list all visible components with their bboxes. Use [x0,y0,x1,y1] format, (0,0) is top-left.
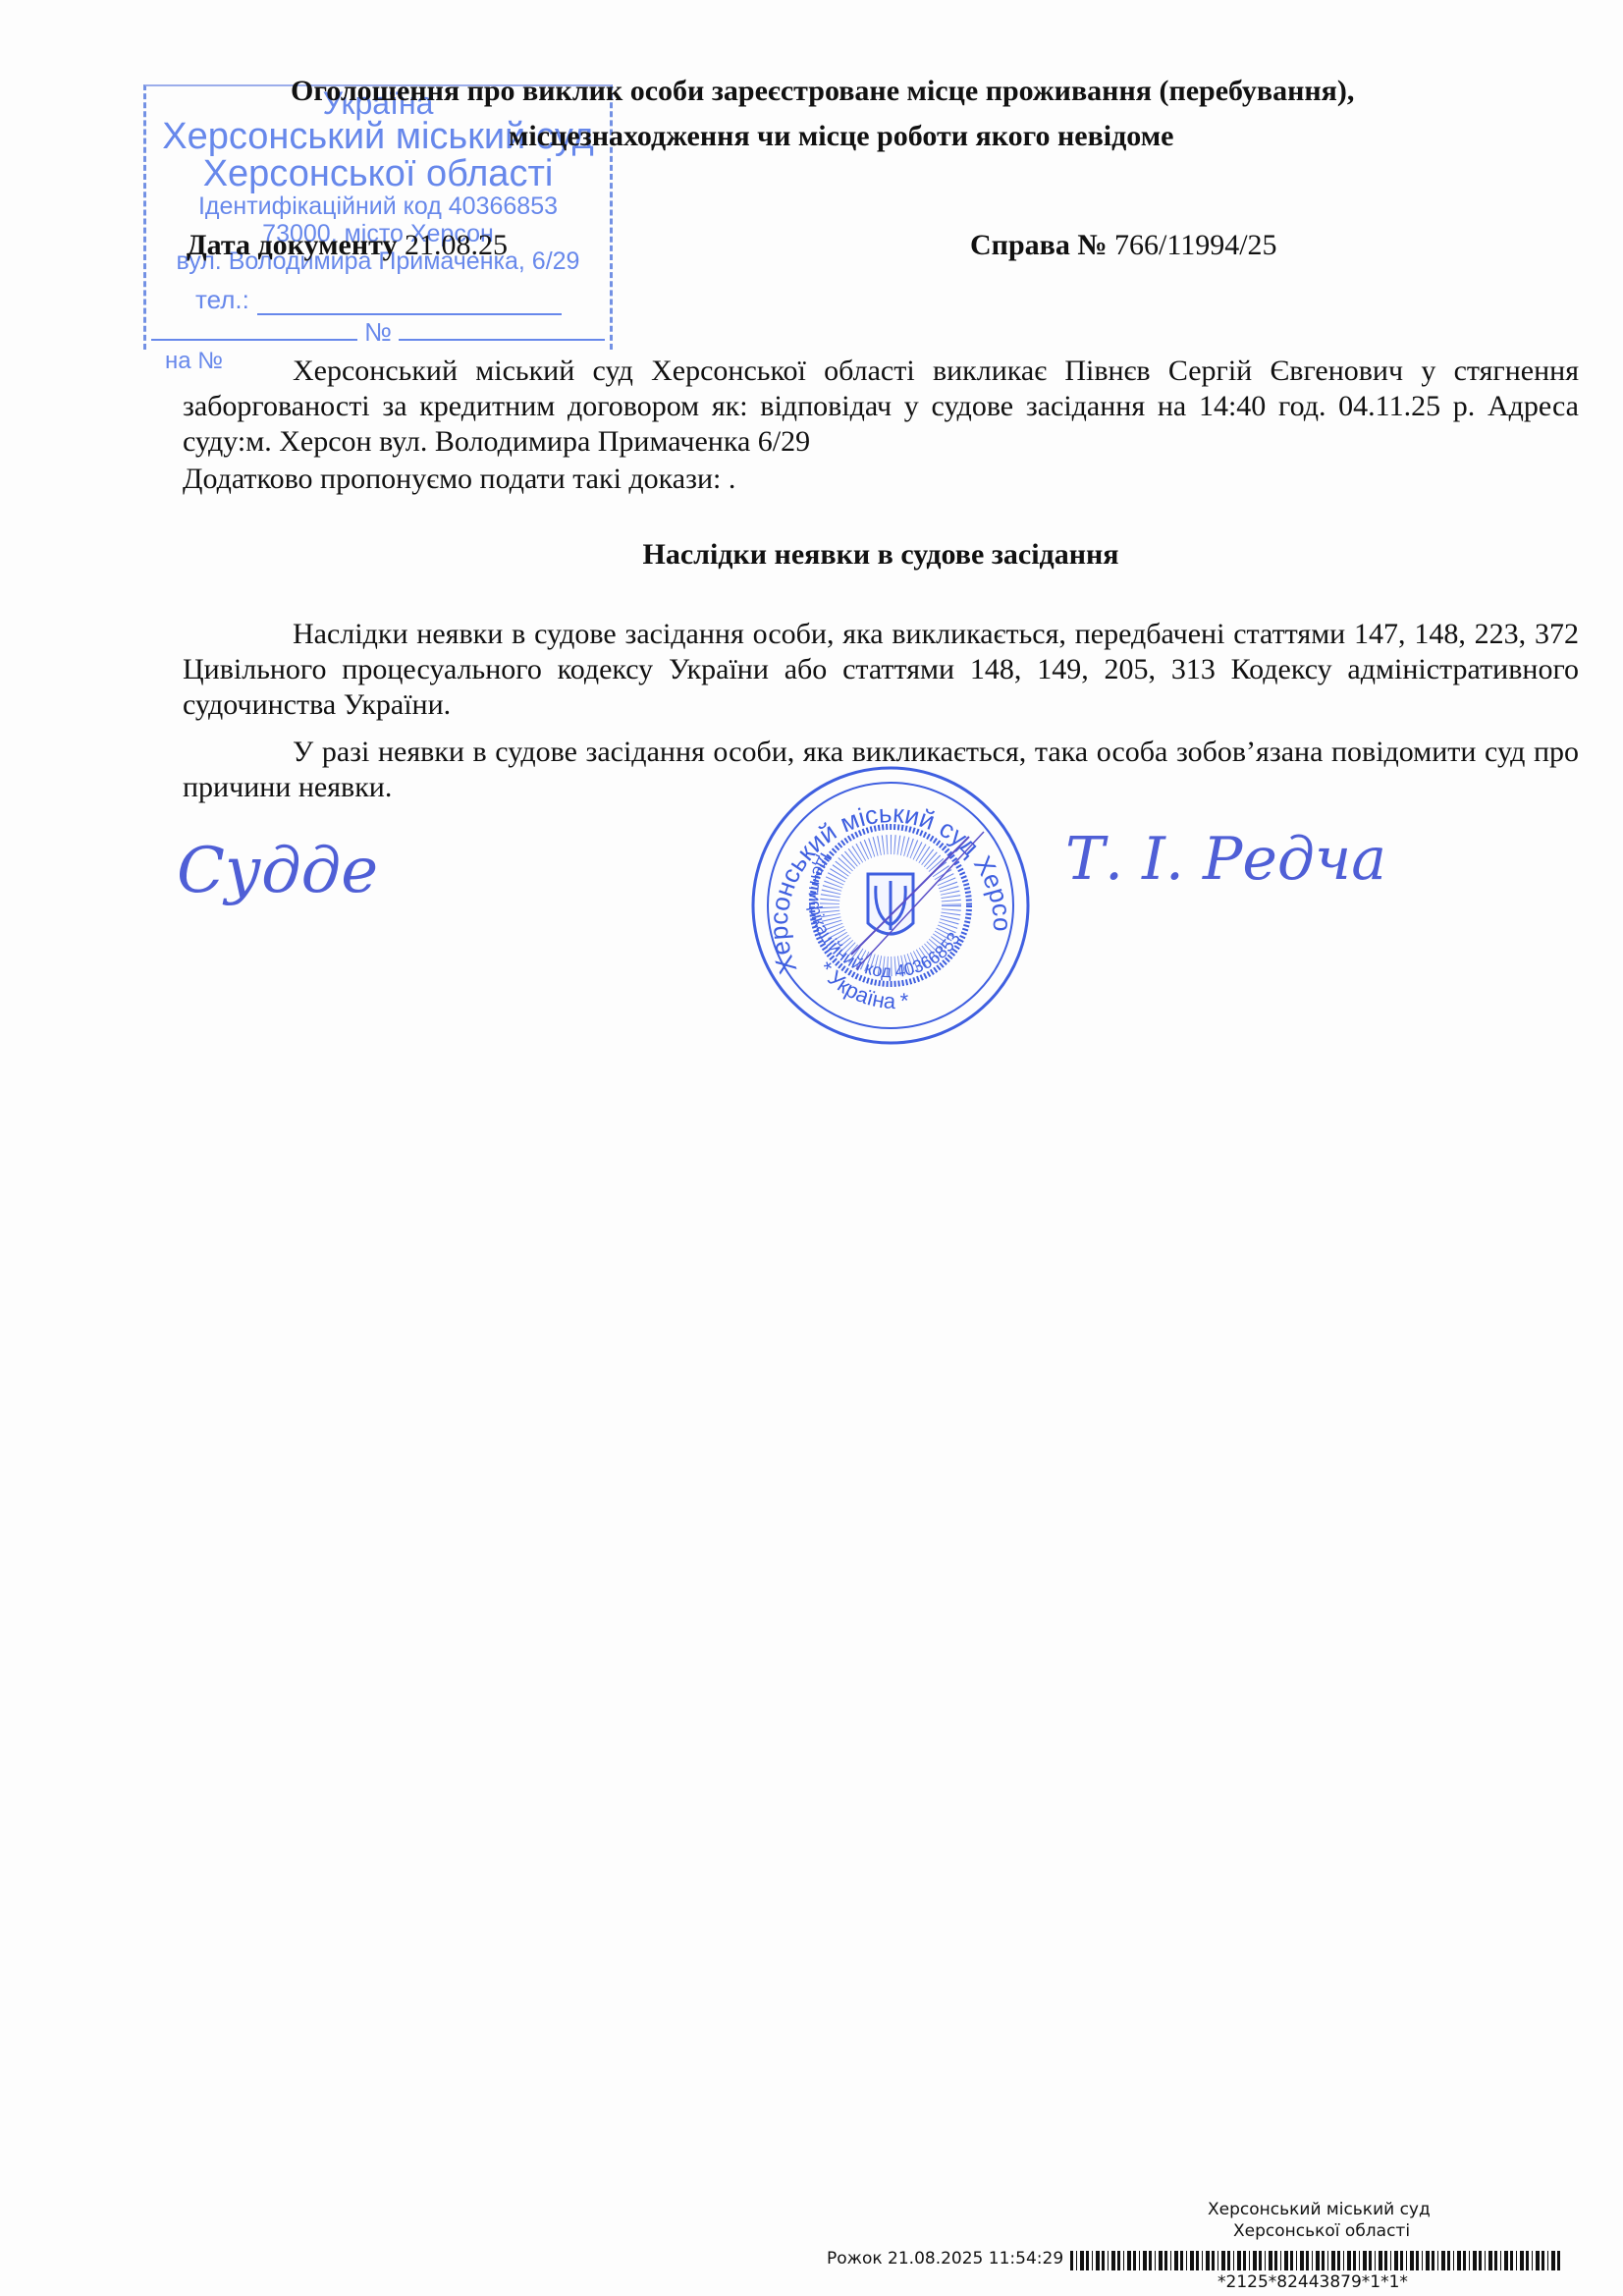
footer-operator-stamp: Рожок 21.08.2025 11:54:29 [827,2249,1063,2269]
consequences-paragraph: Наслідки неявки в судове засідання особи… [183,617,1579,723]
document-title: Оголошення про виклик особи зареєстрован… [196,69,1532,159]
summons-paragraph: Херсонський міський суд Херсонської обла… [183,354,1579,460]
stamp-no-row: № [146,317,610,348]
stamp-tel-label: тел.: [195,285,249,314]
stamp-line-left [151,339,357,341]
case-number-value: 766/11994/25 [1114,229,1277,261]
stamp-id-code: Ідентифікаційний код 40366853 [146,192,610,220]
section-heading: Наслідки неявки в судове засідання [183,538,1579,572]
stamp-line-right [399,339,605,341]
signature-left: Судде [177,835,378,907]
stamp-court-line2: Херсонської області [146,155,610,192]
stamp-tel-row: тел.: [146,285,610,315]
title-line-1: Оголошення про виклик особи зареєстрован… [196,69,1532,114]
evidence-paragraph: Додатково пропонуємо подати такі докази:… [183,462,1579,497]
stamp-tel-line [257,313,562,315]
case-number: Справа № 766/11994/25 [970,228,1277,263]
document-date: Дата документу 21.08.25 [187,228,508,263]
date-label: Дата документу [187,229,397,261]
seal-icon: Херсонський міський суд Херсонської обла… [729,758,1053,1053]
case-label: Справа № [970,229,1107,261]
footer-court-line1: Херсонський міський суд [1208,2200,1431,2219]
footer-court-line2: Херсонської області [1233,2221,1410,2241]
court-seal: Херсонський міський суд Херсонської обла… [729,758,1053,1053]
signature-right: Т. І. Редча [1065,825,1386,894]
title-line-2: місцезнаходження чи місце роботи якого н… [196,114,1532,159]
stamp-no-label: № [364,317,392,347]
svg-text:Херсонський міський суд Херсон: Херсонський міський суд Херсонської обла… [729,758,1017,978]
footer-barcode-text: *2125*82443879*1*1* [1217,2272,1408,2292]
date-value: 21.08.25 [405,229,508,261]
barcode-icon [1070,2251,1561,2270]
